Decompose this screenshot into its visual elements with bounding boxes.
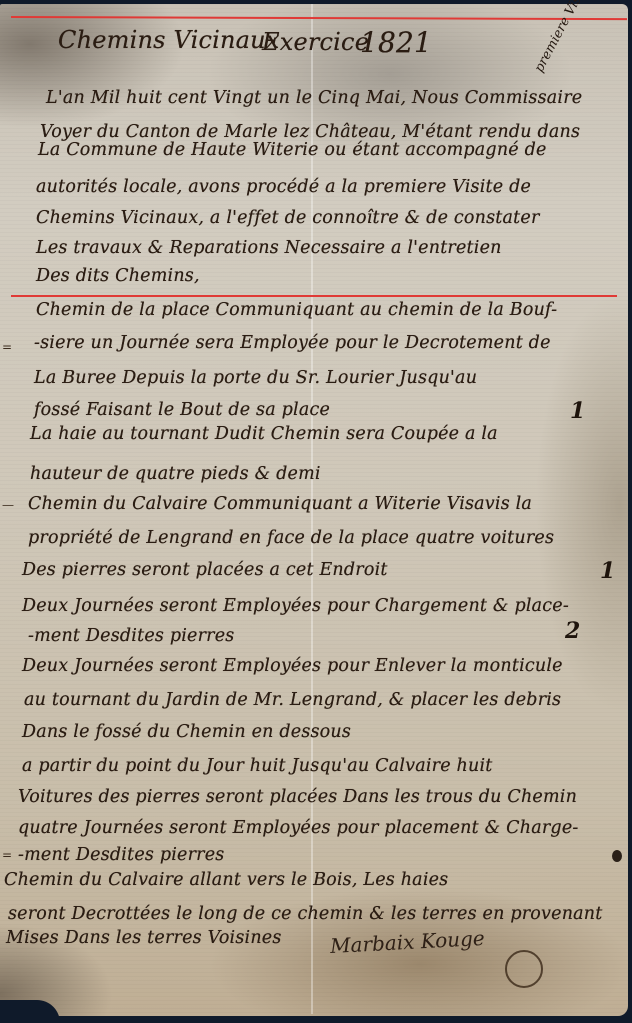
body-line: -ment Desdites pierres — [18, 845, 224, 865]
intro-line: Des dits Chemins, — [36, 266, 200, 286]
body-line: quatre Journées seront Employées pour pl… — [18, 818, 579, 838]
body-line: La haie au tournant Dudit Chemin sera Co… — [30, 424, 498, 444]
body-line: Chemin du Calvaire Communiquant a Witeri… — [28, 494, 532, 514]
intro-line: Les travaux & Reparations Necessaire a l… — [36, 238, 502, 258]
header-title: Chemins Vicinaux — [58, 26, 280, 54]
margin-number: 2 — [565, 618, 580, 644]
body-line: a partir du point du Jour huit Jusqu'au … — [22, 756, 493, 776]
intro-line: L'an Mil huit cent Vingt un le Cinq Mai,… — [46, 88, 582, 108]
body-line: Chemin de la place Communiquant au chemi… — [36, 300, 557, 320]
intro-line: Voyer du Canton de Marle lez Château, M'… — [40, 122, 580, 142]
body-line: hauteur de quatre pieds & demi — [30, 464, 321, 484]
margin-number: 1 — [600, 558, 615, 584]
intro-line: La Commune de Haute Witerie ou étant acc… — [38, 140, 547, 160]
intro-line: autorités locale, avons procédé a la pre… — [36, 177, 531, 197]
body-line: Chemin du Calvaire allant vers le Bois, … — [4, 870, 448, 890]
header-year: 1821 — [360, 26, 432, 59]
ink-blot — [612, 850, 622, 862]
header-exercice: Exercice — [262, 28, 369, 56]
body-line: -siere un Journée sera Employée pour le … — [34, 333, 551, 353]
body-line: Voitures des pierres seront placées Dans… — [18, 787, 577, 807]
margin-dash: = — [2, 340, 12, 354]
body-line: -ment Desdites pierres — [28, 626, 234, 646]
ink-flourish — [505, 950, 543, 988]
body-line: La Buree Depuis la porte du Sr. Lourier … — [34, 368, 477, 388]
body-line: fossé Faisant le Bout de sa place — [34, 400, 330, 420]
body-line: propriété de Lengrand en face de la plac… — [28, 528, 554, 548]
margin-dash: = — [2, 848, 12, 862]
body-line: Mises Dans les terres Voisines — [6, 928, 282, 948]
margin-number: 1 — [570, 398, 585, 424]
body-line: Deux Journées seront Employées pour Enle… — [22, 656, 563, 676]
margin-dash: — — [2, 498, 14, 512]
body-line: Dans le fossé du Chemin en dessous — [22, 722, 351, 742]
body-line: Des pierres seront placées a cet Endroit — [22, 560, 388, 580]
intro-line: Chemins Vicinaux, a l'effet de connoître… — [36, 208, 540, 228]
body-line: seront Decrottées le long de ce chemin &… — [8, 904, 603, 924]
red-rule-divider — [11, 295, 617, 297]
body-line: au tournant du Jardin de Mr. Lengrand, &… — [24, 690, 561, 710]
body-line: Deux Journées seront Employées pour Char… — [22, 596, 569, 616]
